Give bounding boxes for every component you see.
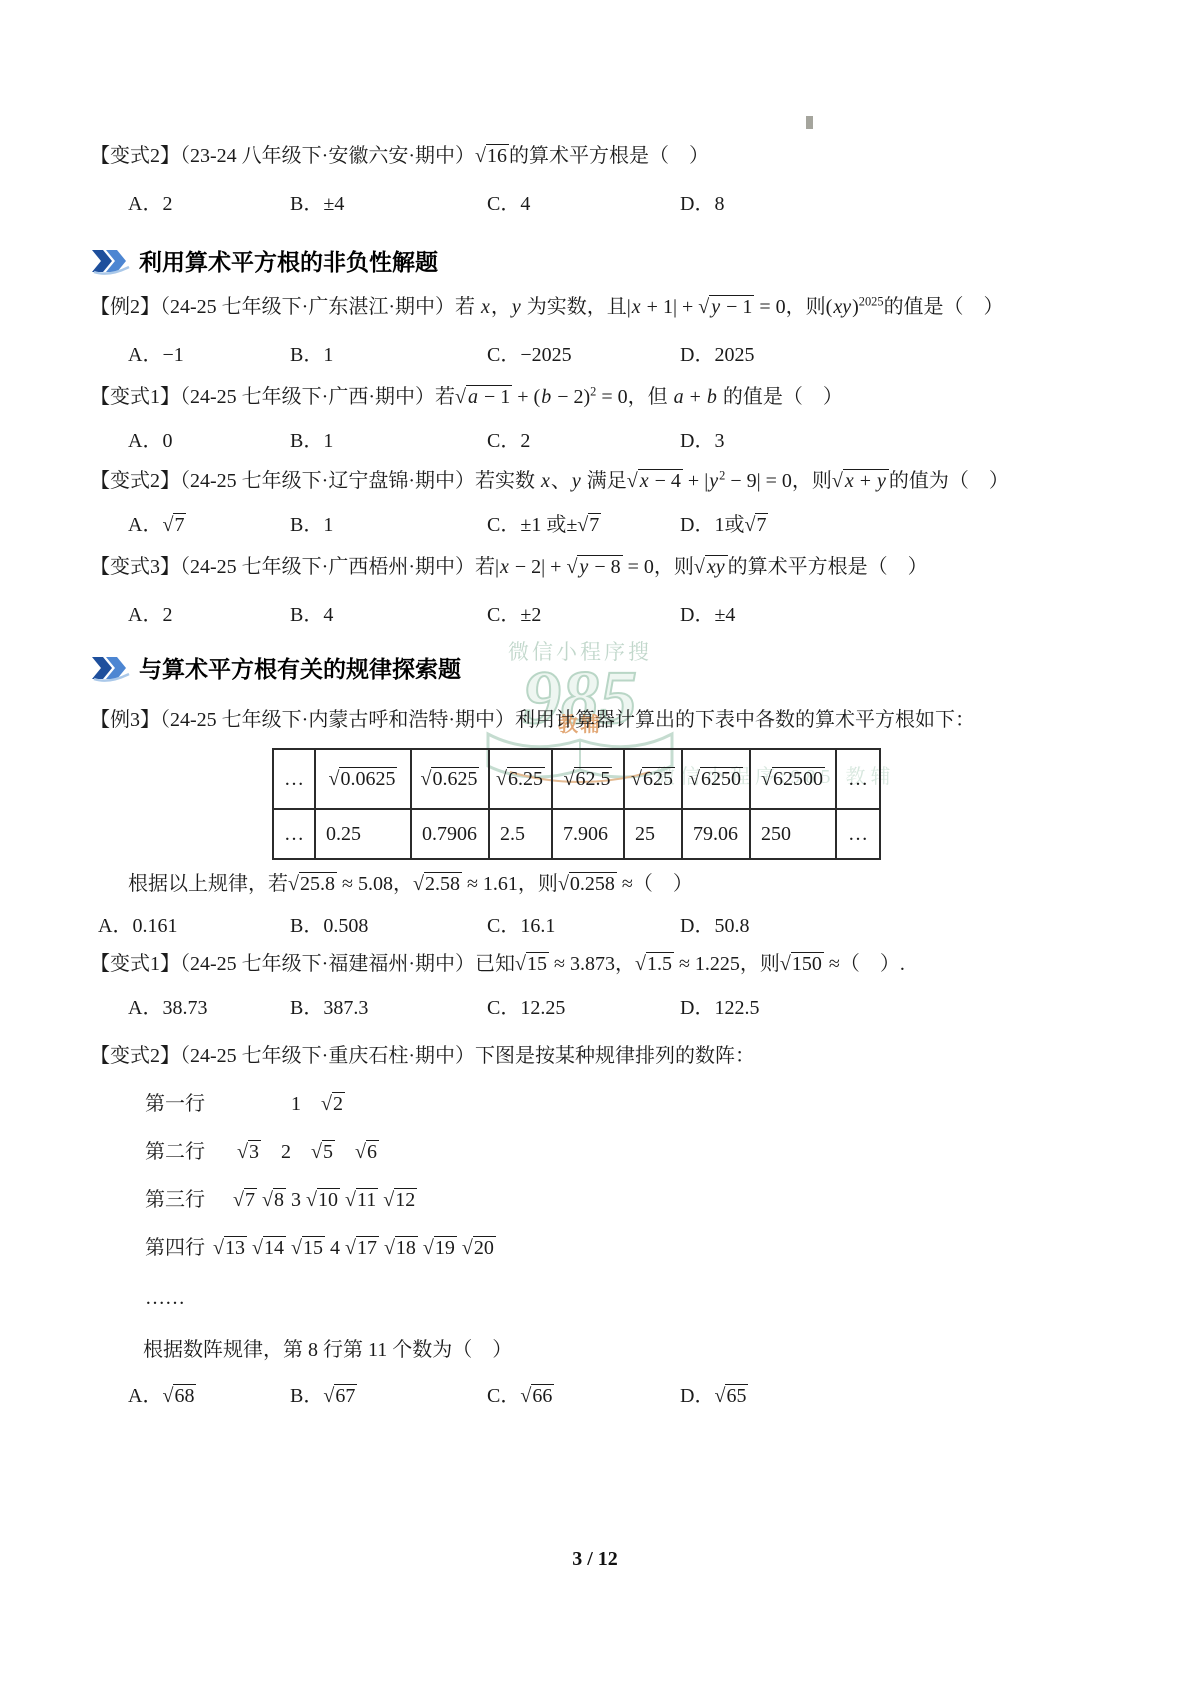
matrix-row-items: 1 √2: [211, 1088, 345, 1120]
table-cell: 0.7906: [411, 809, 489, 859]
option-a: A．√68: [128, 1382, 290, 1410]
scan-artifact-mark: [806, 116, 813, 129]
section-title: 利用算术平方根的非负性解题: [139, 244, 438, 277]
option-c: C．−2025: [487, 341, 680, 369]
option-b: B．4: [290, 601, 487, 629]
option-d: D．50.8: [680, 912, 1102, 940]
option-d: D．1或√7: [680, 511, 1102, 539]
question-stem: 【变式2】（23-24 八年级下·安徽六安·期中）√16的算术平方根是（ ）: [90, 140, 1102, 172]
sqrt-value-table: … √0.0625 √0.625 √6.25 √62.5 √625 √6250 …: [272, 748, 881, 860]
matrix-row-2: 第二行 √3 2 √5 √6: [90, 1136, 1102, 1168]
table-cell: 79.06: [682, 809, 750, 859]
matrix-row-label: 第二行: [145, 1136, 211, 1168]
options-row: A．2 B．±4 C．4 D．8: [90, 190, 1102, 218]
options-row: A．√68 B．√67 C．√66 D．√65: [90, 1382, 1102, 1410]
table-cell: √625: [624, 749, 682, 809]
option-a: A．−1: [128, 341, 290, 369]
options-row: A．2 B．4 C．±2 D．±4: [90, 601, 1102, 629]
option-c: C．2: [487, 427, 680, 455]
option-d: D．2025: [680, 341, 1102, 369]
table-cell: …: [273, 749, 315, 809]
table-cell: 2.5: [489, 809, 552, 859]
option-c: C．4: [487, 190, 680, 218]
table-cell: √0.0625: [315, 749, 411, 809]
table-row-radicals: … √0.0625 √0.625 √6.25 √62.5 √625 √6250 …: [273, 749, 880, 809]
option-b: B．1: [290, 511, 487, 539]
option-d: D．122.5: [680, 994, 1102, 1022]
option-b: B．0.508: [290, 912, 487, 940]
matrix-row-label: 第三行: [145, 1184, 211, 1216]
option-d: D．±4: [680, 601, 1102, 629]
table-cell: 7.906: [552, 809, 624, 859]
double-chevron-icon: [90, 247, 130, 275]
option-a: A．0: [128, 427, 290, 455]
matrix-row-label: 第一行: [145, 1088, 211, 1120]
option-c: C．√66: [487, 1382, 680, 1410]
option-b: B．√67: [290, 1382, 487, 1410]
options-row: A．−1 B．1 C．−2025 D．2025: [90, 341, 1102, 369]
section-header: 利用算术平方根的非负性解题: [90, 244, 1102, 277]
table-cell: √6.25: [489, 749, 552, 809]
table-cell: √6250: [682, 749, 750, 809]
question-stem: 【变式1】（24-25 七年级下·福建福州·期中）已知√15 ≈ 3.873，√…: [90, 948, 1102, 980]
question-stem: 【例2】（24-25 七年级下·广东湛江·期中）若 x，y 为实数，且|x + …: [90, 291, 1102, 323]
table-cell: 25: [624, 809, 682, 859]
option-c: C．±1 或±√7: [487, 511, 680, 539]
matrix-row-items: √3 2 √5 √6: [211, 1136, 379, 1168]
table-cell: √62500: [750, 749, 836, 809]
option-b: B．1: [290, 427, 487, 455]
matrix-row-3: 第三行 √7 √8 3 √10 √11 √12: [90, 1184, 1102, 1216]
question-stem: 【变式1】（24-25 七年级下·广西·期中）若√a − 1 + (b − 2)…: [90, 381, 1102, 413]
option-d: D．8: [680, 190, 1102, 218]
matrix-ellipsis: ……: [90, 1282, 1102, 1314]
matrix-row-4: 第四行 √13 √14 √15 4 √17 √18 √19 √20: [90, 1232, 1102, 1264]
table-cell: √0.625: [411, 749, 489, 809]
question-stem: 【变式2】（24-25 七年级下·重庆石柱·期中）下图是按某种规律排列的数阵：: [90, 1040, 1102, 1072]
option-d: D．√65: [680, 1382, 1102, 1410]
option-a: A．2: [128, 190, 290, 218]
table-cell: …: [273, 809, 315, 859]
option-b: B．1: [290, 341, 487, 369]
table-cell: 0.25: [315, 809, 411, 859]
option-c: C．12.25: [487, 994, 680, 1022]
matrix-row-items: √13 √14 √15 4 √17 √18 √19 √20: [211, 1232, 496, 1264]
options-row: A．0.161 B．0.508 C．16.1 D．50.8: [90, 912, 1102, 940]
option-a: A．2: [128, 601, 290, 629]
table-cell: √62.5: [552, 749, 624, 809]
question-stem: 【变式3】（24-25 七年级下·广西梧州·期中）若|x − 2| + √y −…: [90, 551, 1102, 583]
document-content: 【变式2】（23-24 八年级下·安徽六安·期中）√16的算术平方根是（ ） A…: [90, 140, 1102, 1410]
question-stem: 【例3】（24-25 七年级下·内蒙古呼和浩特·期中）利用计算器计算出的下表中各…: [90, 704, 1102, 736]
options-row: A．0 B．1 C．2 D．3: [90, 427, 1102, 455]
table-cell: …: [836, 809, 880, 859]
question-followup: 根据以上规律，若√25.8 ≈ 5.08，√2.58 ≈ 1.61，则√0.25…: [90, 868, 1102, 900]
section-header: 与算术平方根有关的规律探索题: [90, 651, 1102, 684]
options-row: A．√7 B．1 C．±1 或±√7 D．1或√7: [90, 511, 1102, 539]
option-b: B．387.3: [290, 994, 487, 1022]
option-a: A．√7: [128, 511, 290, 539]
table-cell: …: [836, 749, 880, 809]
page-number: 3 / 12: [0, 1548, 1190, 1571]
table-cell: 250: [750, 809, 836, 859]
option-a: A．38.73: [128, 994, 290, 1022]
section-title: 与算术平方根有关的规律探索题: [139, 651, 461, 684]
option-b: B．±4: [290, 190, 487, 218]
double-chevron-icon: [90, 654, 130, 682]
matrix-row-label: 第四行: [145, 1232, 211, 1264]
options-row: A．38.73 B．387.3 C．12.25 D．122.5: [90, 994, 1102, 1022]
table-row-values: … 0.25 0.7906 2.5 7.906 25 79.06 250 …: [273, 809, 880, 859]
matrix-row-items: √7 √8 3 √10 √11 √12: [211, 1184, 417, 1216]
question-followup: 根据数阵规律，第 8 行第 11 个数为（ ）: [90, 1334, 1102, 1366]
option-c: C．16.1: [487, 912, 680, 940]
question-stem: 【变式2】（24-25 七年级下·辽宁盘锦·期中）若实数 x、y 满足√x − …: [90, 465, 1102, 497]
worksheet-page: 微信小程序搜 985 教辅 微信小程序:985 教辅 【变式2】（23-24 八…: [0, 0, 1190, 1683]
matrix-row-1: 第一行 1 √2: [90, 1088, 1102, 1120]
option-a: A．0.161: [98, 912, 290, 940]
option-d: D．3: [680, 427, 1102, 455]
option-c: C．±2: [487, 601, 680, 629]
